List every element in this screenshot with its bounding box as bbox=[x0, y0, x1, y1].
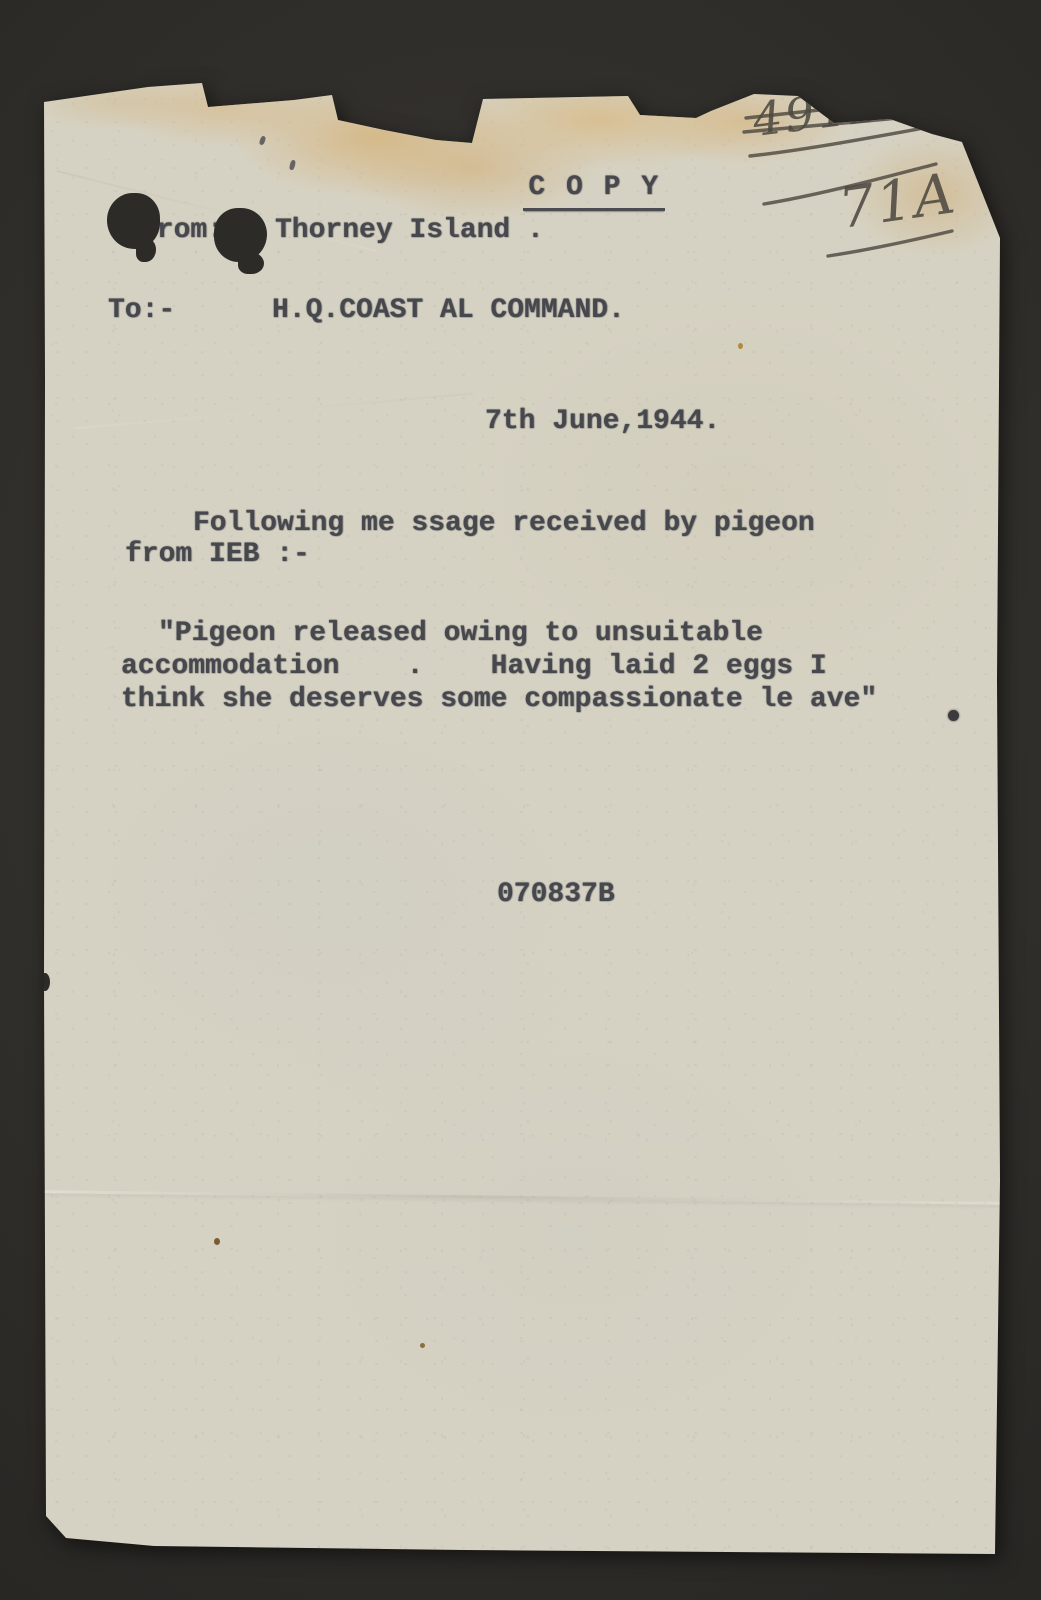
quote-line-1: "Pigeon released owing to unsuitable bbox=[158, 617, 763, 650]
ink-tick-mark bbox=[259, 135, 267, 145]
ink-period-mark: . bbox=[948, 710, 959, 721]
quote-line-3: think she deserves some compassionate le… bbox=[121, 683, 877, 716]
quote-line-2: accommodation . Having laid 2 eggs I bbox=[121, 650, 827, 683]
to-label: To:- bbox=[108, 294, 175, 327]
to-value: H.Q.COAST AL COMMAND. bbox=[272, 294, 625, 327]
punch-hole-tear bbox=[238, 252, 264, 274]
paper-speck bbox=[738, 343, 743, 349]
date-line: 7th June,1944. bbox=[485, 405, 720, 438]
edge-notch bbox=[40, 973, 50, 991]
paper-speck bbox=[420, 1343, 425, 1348]
copy-heading-text: C O P Y bbox=[523, 171, 665, 211]
paper-crease-horizontal bbox=[44, 1190, 1002, 1205]
body-line-2: from IEB :- bbox=[125, 538, 310, 571]
folio-number: 71A bbox=[835, 161, 961, 242]
scan-background: C O P Y From: Thorney Island . To:- H.Q.… bbox=[0, 0, 1041, 1600]
paper-sheet: C O P Y From: Thorney Island . To:- H.Q.… bbox=[44, 80, 1002, 1562]
ink-tick-mark bbox=[289, 160, 296, 171]
from-value: Thorney Island . bbox=[275, 214, 544, 247]
paper-sheet-wrap: C O P Y From: Thorney Island . To:- H.Q.… bbox=[44, 80, 1002, 1562]
body-line-1: Following me ssage received by pigeon bbox=[193, 507, 815, 540]
handwritten-annotations: 491B 71A bbox=[684, 80, 1004, 340]
paper-crease-diagonal bbox=[75, 393, 474, 430]
reference-number: 070837B bbox=[497, 878, 615, 911]
paper-speck bbox=[214, 1238, 220, 1245]
punch-hole-tear bbox=[136, 238, 156, 262]
